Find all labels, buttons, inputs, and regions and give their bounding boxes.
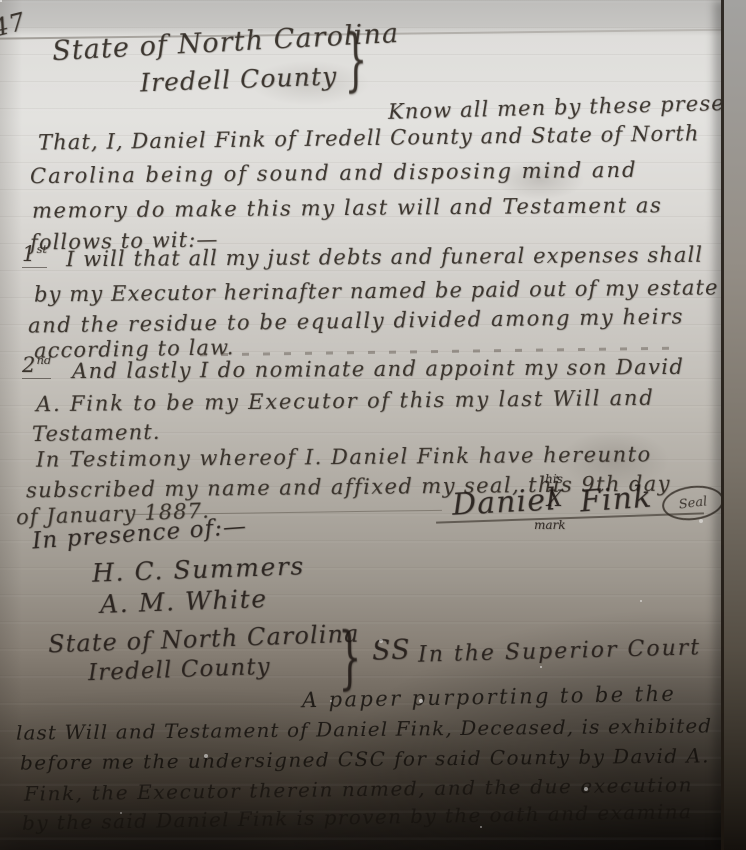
signature-mark-x: X xyxy=(547,488,564,512)
item1-number: 1 xyxy=(22,242,36,266)
probate-ss-label: SS xyxy=(371,635,411,666)
probate-line: before me the undersigned CSC for said C… xyxy=(20,744,710,773)
preamble-line: memory do make this my last will and Tes… xyxy=(32,194,663,223)
witness-signature: A. M. White xyxy=(100,585,269,618)
testimony-line: In Testimony whereof I. Daniel Fink have… xyxy=(36,443,652,471)
item1-line: by my Executor herinafter named be paid … xyxy=(34,276,719,306)
item1-ordinal-suffix: st xyxy=(36,242,47,256)
his-mark-label-bottom: mark xyxy=(534,519,566,532)
probate-line: last Will and Testament of Daniel Fink, … xyxy=(16,714,712,743)
testimony-line: subscribed my name and affixed my seal, … xyxy=(26,473,671,503)
item2-line: A. Fink to be my Executor of this my las… xyxy=(36,387,655,417)
book-binding-edge xyxy=(721,0,746,850)
probate-caption-county: Iredell County xyxy=(88,655,272,687)
item2-ordinal-suffix: nd xyxy=(36,353,51,367)
probate-caption-brace: } xyxy=(338,621,362,697)
signature-first-name: Daniel xyxy=(451,483,557,521)
preamble-line: Carolina being of sound and disposing mi… xyxy=(30,159,638,188)
item2-number: 2 xyxy=(22,353,36,377)
item1-line: and the residue to be equally divided am… xyxy=(28,305,684,337)
preamble-line: That, I, Daniel Fink of Iredell County a… xyxy=(38,122,700,154)
scanned-will-page: 47 State of North Carolina Iredell Count… xyxy=(0,0,746,850)
item2-line: And lastly I do nominate and appoint my … xyxy=(72,356,684,383)
item1-marker: 1st xyxy=(22,243,47,266)
his-mark-label-top: his xyxy=(545,473,563,486)
probate-line: A paper purporting to be the xyxy=(302,683,677,713)
witness-signature: H. C. Summers xyxy=(92,552,306,587)
item2-line: Testament. xyxy=(32,421,161,446)
probate-caption-state: State of North Carolina xyxy=(48,621,360,658)
dust-specks xyxy=(0,0,2,2)
probate-court-label: In the Superior Court xyxy=(418,636,702,668)
seal-label: Seal xyxy=(678,494,708,512)
probate-line: by the said Daniel Fink is proven by the… xyxy=(22,800,693,834)
caption-brace: } xyxy=(344,23,368,99)
item1-line: I will that all my just debts and funera… xyxy=(66,244,703,272)
item2-marker: 2nd xyxy=(22,354,51,377)
caption-county: Iredell County xyxy=(140,63,338,97)
signature-last-name: Fink xyxy=(579,481,653,519)
opening-line: Know all men by these presents xyxy=(388,91,746,124)
